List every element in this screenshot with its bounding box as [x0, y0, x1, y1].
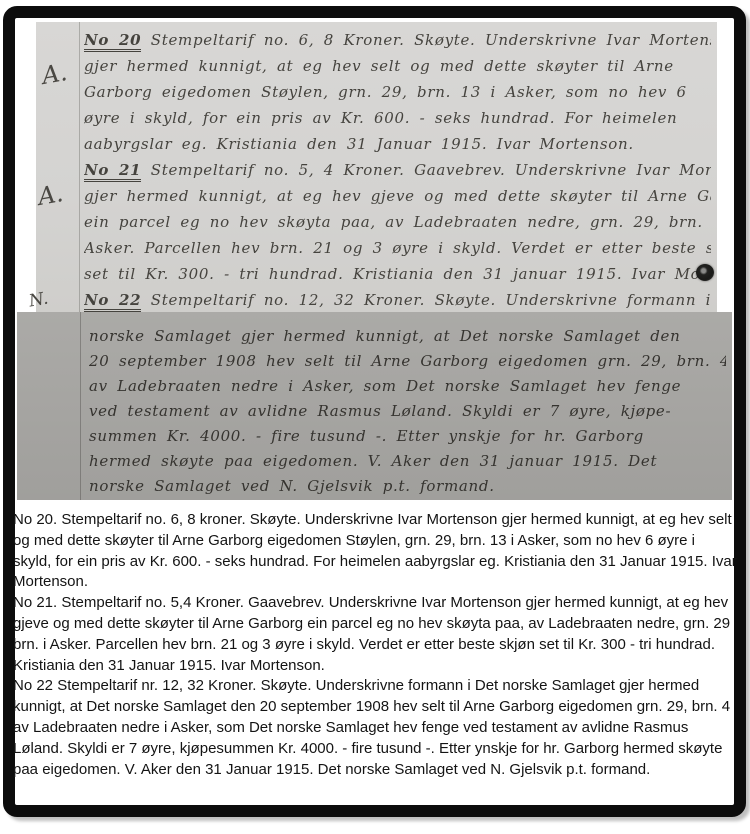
handwritten-line: aabyrgslar eg. Kristiania den 31 Januar … — [84, 131, 711, 157]
handwritten-line: No 20 Stempeltarif no. 6, 8 Kroner. Skøy… — [84, 27, 711, 53]
handwritten-line: summen Kr. 4000. - fire tusund -. Etter … — [89, 424, 726, 449]
handwritten-line-text: Garborg eigedomen Støylen, grn. 29, brn.… — [84, 83, 687, 101]
handwritten-line: ein parcel eg no hev skøyta paa, av Lade… — [84, 209, 711, 235]
entry-number-underlined: No 21 — [84, 161, 141, 182]
transcription-paragraph-no21: No 21. Stempeltarif no. 5,4 Kroner. Gaav… — [13, 593, 737, 676]
marginal-mark: A. — [40, 58, 69, 90]
handwritten-line: norske Samlaget gjer hermed kunnigt, at … — [89, 324, 726, 349]
handwritten-line: av Ladebraaten nedre i Asker, som Det no… — [89, 374, 726, 399]
marginal-mark: A. — [36, 179, 65, 211]
handwritten-line-text: 20 september 1908 hev selt til Arne Garb… — [89, 352, 726, 370]
entry-number-underlined: No 20 — [84, 31, 141, 52]
handwritten-line-text: Stempeltarif no. 12, 32 Kroner. Skøyte. … — [141, 291, 711, 309]
handwritten-line-text: ved testament av avlidne Rasmus Løland. … — [89, 402, 671, 420]
handwritten-line: gjer hermed kunnigt, at eg hev selt og m… — [84, 53, 711, 79]
transcription-text: No 20. Stempeltarif no. 6, 8 kroner. Skø… — [13, 510, 737, 780]
handwritten-line-text: set til Kr. 300. - tri hundrad. Kristian… — [84, 265, 711, 283]
handwritten-line: norske Samlaget ved N. Gjelsvik p.t. for… — [89, 474, 726, 499]
handwritten-line-text: summen Kr. 4000. - fire tusund -. Etter … — [89, 427, 644, 445]
handwritten-line: set til Kr. 300. - tri hundrad. Kristian… — [84, 261, 711, 287]
handwritten-line-text: aabyrgslar eg. Kristiania den 31 Januar … — [84, 135, 634, 153]
scan-page-1: No 20 Stempeltarif no. 6, 8 Kroner. Skøy… — [36, 22, 717, 312]
handwritten-line-text: ein parcel eg no hev skøyta paa, av Lade… — [84, 213, 711, 231]
handwritten-line-text: Stempeltarif no. 5, 4 Kroner. Gaavebrev.… — [141, 161, 711, 179]
ink-blot — [696, 264, 714, 281]
handwritten-line: 20 september 1908 hev selt til Arne Garb… — [89, 349, 726, 374]
entry-number-underlined: No 22 — [84, 291, 141, 312]
handwritten-line: øyre i skyld, for ein pris av Kr. 600. -… — [84, 105, 711, 131]
transcription-paragraph-no22: No 22 Stempeltarif nr. 12, 32 Kroner. Sk… — [13, 676, 737, 780]
photo-frame: No 20 Stempeltarif no. 6, 8 Kroner. Skøy… — [3, 6, 746, 817]
transcription-paragraph-no20: No 20. Stempeltarif no. 6, 8 kroner. Skø… — [13, 510, 737, 593]
handwritten-line: ved testament av avlidne Rasmus Løland. … — [89, 399, 726, 424]
handwritten-line-text: gjer hermed kunnigt, at eg hev gjeve og … — [84, 187, 711, 205]
handwritten-line-text: norske Samlaget ved N. Gjelsvik p.t. for… — [89, 477, 495, 495]
handwritten-line-text: Stempeltarif no. 6, 8 Kroner. Skøyte. Un… — [141, 31, 711, 49]
handwritten-line-text: hermed skøyte paa eigedomen. V. Aker den… — [89, 452, 657, 470]
handwritten-line: No 21 Stempeltarif no. 5, 4 Kroner. Gaav… — [84, 157, 711, 183]
handwritten-text-page-2: norske Samlaget gjer hermed kunnigt, at … — [17, 312, 732, 499]
handwritten-line-text: norske Samlaget gjer hermed kunnigt, at … — [89, 327, 680, 345]
handwritten-line: Garborg eigedomen Støylen, grn. 29, brn.… — [84, 79, 711, 105]
handwritten-line: Asker. Parcellen hev brn. 21 og 3 øyre i… — [84, 235, 711, 261]
handwritten-line-text: gjer hermed kunnigt, at eg hev selt og m… — [84, 57, 674, 75]
handwritten-line-text: av Ladebraaten nedre i Asker, som Det no… — [89, 377, 681, 395]
marginal-mark: N. — [27, 288, 49, 311]
handwritten-line-text: Asker. Parcellen hev brn. 21 og 3 øyre i… — [84, 239, 711, 257]
handwritten-line-text: øyre i skyld, for ein pris av Kr. 600. -… — [84, 109, 677, 127]
scan-page-2: norske Samlaget gjer hermed kunnigt, at … — [17, 312, 732, 500]
handwritten-line: hermed skøyte paa eigedomen. V. Aker den… — [89, 449, 726, 474]
handwritten-text-page-1: No 20 Stempeltarif no. 6, 8 Kroner. Skøy… — [36, 22, 717, 312]
handwritten-line: gjer hermed kunnigt, at eg hev gjeve og … — [84, 183, 711, 209]
handwritten-line: No 22 Stempeltarif no. 12, 32 Kroner. Sk… — [84, 287, 711, 312]
